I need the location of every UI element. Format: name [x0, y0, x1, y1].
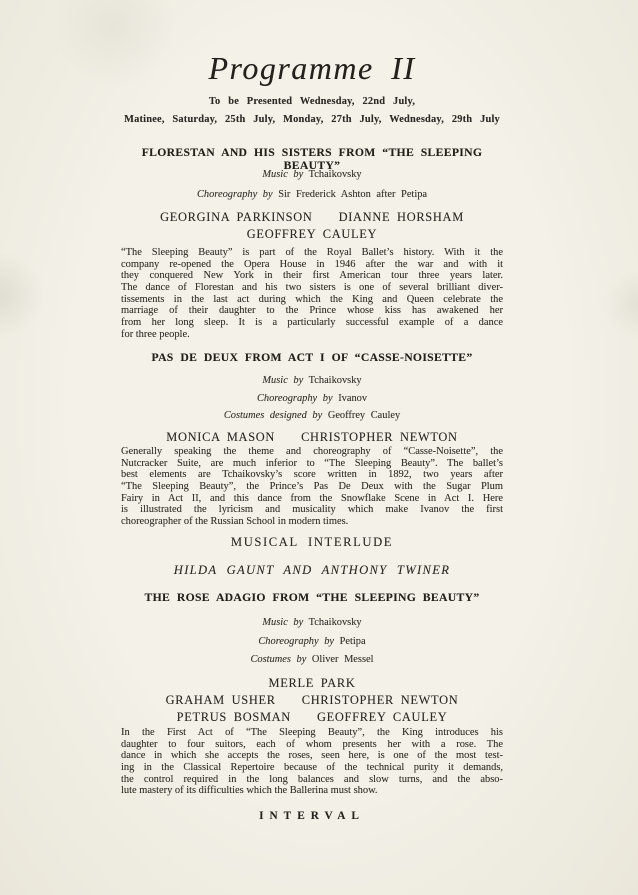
cast-row: GRAHAM USHERCHRISTOPHER NEWTON — [121, 692, 503, 709]
credit-prefix: Choreography by — [197, 189, 273, 200]
credit-text: Sir Frederick Ashton after Petipa — [278, 189, 427, 200]
paragraph-line: In the First Act of “The Sleeping Beauty… — [121, 727, 503, 739]
cast-name: GEORGINA PARKINSON — [160, 209, 313, 226]
credit-text: Tchaikovsky — [309, 617, 362, 628]
paragraph-line: daughter to four suitors, each of whom p… — [121, 739, 503, 751]
programme-note-rose-adagio: In the First Act of “The Sleeping Beauty… — [121, 727, 503, 797]
credit-line-choreography: Choreography by Sir Frederick Ashton aft… — [121, 189, 503, 200]
cast-row: GEORGINA PARKINSONDIANNE HORSHAM — [121, 209, 503, 226]
paragraph-line: marriage of their daughter to the Prince… — [121, 305, 503, 317]
cast-name: CHRISTOPHER NEWTON — [301, 429, 458, 446]
page-title: Programme II — [121, 50, 503, 87]
cast-row: GEOFFREY CAULEY — [121, 226, 503, 243]
paragraph-line: is illustrated the lyricism and musicali… — [121, 504, 503, 516]
paragraph-line: dance in which she accepts the roses, se… — [121, 750, 503, 762]
credit-line-music: Music by Tchaikovsky — [121, 617, 503, 628]
paragraph-line: Fairy in Act II, and this dance from the… — [121, 493, 503, 505]
paragraph-line: The dance of Florestan and his two siste… — [121, 282, 503, 294]
paragraph-line: “The Sleeping Beauty” is part of the Roy… — [121, 247, 503, 259]
cast-row: MONICA MASONCHRISTOPHER NEWTON — [121, 429, 503, 446]
paragraph-line: ing in the Classical Repertoire because … — [121, 762, 503, 774]
paragraph-line: choreographer of the Russian School in m… — [121, 516, 503, 528]
cast-row: MERLE PARK — [121, 675, 503, 692]
credit-prefix: Choreography by — [257, 393, 333, 404]
credit-prefix: Costumes by — [250, 654, 306, 665]
paragraph-line: Generally speaking the theme and choreog… — [121, 446, 503, 458]
cast-list-florestan: GEORGINA PARKINSONDIANNE HORSHAMGEOFFREY… — [121, 209, 503, 243]
paragraph-line: “The Sleeping Beauty”, the Prince’s Pas … — [121, 481, 503, 493]
credit-prefix: Costumes designed by — [224, 410, 322, 421]
cast-name: PETRUS BOSMAN — [177, 709, 291, 726]
programme-page: Programme II To be Presented Wednesday, … — [0, 0, 638, 895]
credit-text: Tchaikovsky — [309, 375, 362, 386]
credit-text: Tchaikovsky — [309, 169, 362, 180]
credit-text: Ivanov — [338, 393, 367, 404]
credit-prefix: Music by — [262, 169, 303, 180]
paragraph-line: for three people. — [121, 329, 503, 341]
cast-name: GRAHAM USHER — [166, 692, 276, 709]
cast-name: DIANNE HORSHAM — [339, 209, 464, 226]
interval-label: INTERVAL — [121, 810, 503, 822]
presented-line-2: Matinee, Saturday, 25th July, Monday, 27… — [102, 114, 522, 125]
interlude-performers: HILDA GAUNT AND ANTHONY TWINER — [121, 563, 503, 578]
cast-row: PETRUS BOSMANGEOFFREY CAULEY — [121, 709, 503, 726]
paragraph-line: company re-opened the Opera House in 194… — [121, 259, 503, 271]
paragraph-line: the control required in the long balance… — [121, 774, 503, 786]
credit-line-costumes: Costumes by Oliver Messel — [121, 654, 503, 665]
credit-prefix: Music by — [262, 617, 303, 628]
section-heading-casse-noisette: PAS DE DEUX FROM ACT I OF “CASSE-NOISETT… — [121, 351, 503, 364]
credit-line-music: Music by Tchaikovsky — [121, 169, 503, 180]
credit-line-choreography: Choreography by Ivanov — [121, 393, 503, 404]
credit-prefix: Music by — [262, 375, 303, 386]
credit-text: Oliver Messel — [312, 654, 374, 665]
credit-text: Petipa — [340, 636, 366, 647]
paragraph-line: from her long sleep. It is a particularl… — [121, 317, 503, 329]
credit-line-choreography: Choreography by Petipa — [121, 636, 503, 647]
cast-name: GEOFFREY CAULEY — [247, 226, 377, 243]
programme-note-florestan: “The Sleeping Beauty” is part of the Roy… — [121, 247, 503, 340]
programme-note-casse-noisette: Generally speaking the theme and choreog… — [121, 446, 503, 528]
credit-line-costumes: Costumes designed by Geoffrey Cauley — [121, 410, 503, 421]
cast-name: GEOFFREY CAULEY — [317, 709, 447, 726]
paragraph-line: they conquered New York in their first A… — [121, 270, 503, 282]
paragraph-line: best elements are Tchaikovsky’s score wr… — [121, 469, 503, 481]
paragraph-line: lute mastery of its difficulties which t… — [121, 785, 503, 797]
credit-line-music: Music by Tchaikovsky — [121, 375, 503, 386]
interlude-heading: MUSICAL INTERLUDE — [121, 535, 503, 550]
paragraph-line: Nutcracker Suite, are much inferior to “… — [121, 458, 503, 470]
credit-prefix: Choreography by — [258, 636, 334, 647]
section-heading-rose-adagio: THE ROSE ADAGIO FROM “THE SLEEPING BEAUT… — [121, 591, 503, 604]
credit-text: Geoffrey Cauley — [328, 410, 400, 421]
cast-name: MONICA MASON — [166, 429, 275, 446]
cast-list-rose-adagio: MERLE PARKGRAHAM USHERCHRISTOPHER NEWTON… — [121, 675, 503, 727]
paragraph-line: tissements in the last act during which … — [121, 294, 503, 306]
cast-name: MERLE PARK — [269, 675, 356, 692]
presented-line-1: To be Presented Wednesday, 22nd July, — [102, 96, 522, 107]
cast-list-casse-noisette: MONICA MASONCHRISTOPHER NEWTON — [121, 429, 503, 446]
cast-name: CHRISTOPHER NEWTON — [302, 692, 459, 709]
